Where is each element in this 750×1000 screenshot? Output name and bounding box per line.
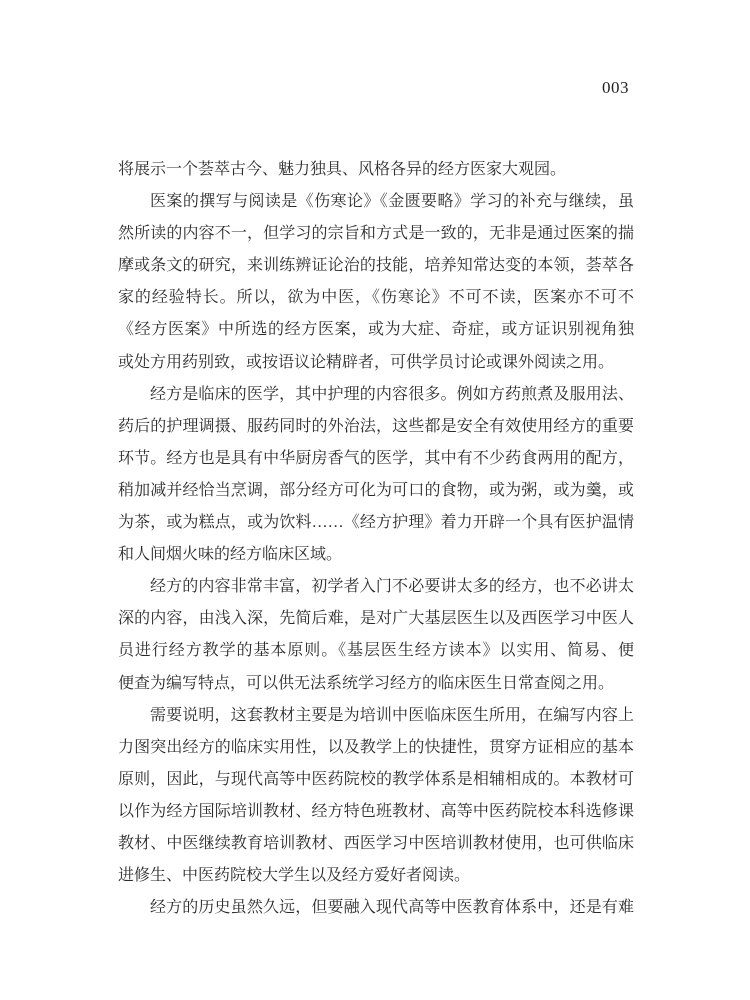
text-line: 原则，因此，与现代高等中医药院校的教学体系是相辅相成的。本教材可 [118,764,634,796]
text-line: 然所读的内容不一，但学习的宗旨和方式是一致的，无非是通过医案的揣 [118,218,634,250]
text-line: 员进行经方教学的基本原则。《基层医生经方读本》以实用、简易、便读、 [118,635,634,667]
text-line: 经方是临床的医学，其中护理的内容很多。例如方药煎煮及服用法、 [118,379,634,411]
text-line: 摩或条文的研究，来训练辨证论治的技能，培养知常达变的本领，荟萃各 [118,250,634,282]
text-line: 《经方医案》中所选的经方医案，或为大症、奇症，或方证识别视角独特， [118,314,634,346]
text-line: 需要说明，这套教材主要是为培训中医临床医生所用，在编写内容上 [118,700,634,732]
text-line: 进修生、中医药院校大学生以及经方爱好者阅读。 [118,860,634,892]
text-line: 教材、中医继续教育培训教材、西医学习中医培训教材使用，也可供临床 [118,828,634,860]
text-line: 家的经验特长。所以，欲为中医，《伤寒论》不可不读，医案亦不可不读。 [118,282,634,314]
text-line: 环节。经方也是具有中华厨房香气的医学，其中有不少药食两用的配方， [118,443,634,475]
page-number: 003 [602,78,629,98]
text-line: 将展示一个荟萃古今、魅力独具、风格各异的经方医家大观园。 [118,154,634,186]
text-line: 为茶，或为糕点，或为饮料……《经方护理》着力开辟一个具有医护温情 [118,507,634,539]
book-page: 003 将展示一个荟萃古今、魅力独具、风格各异的经方医家大观园。医案的撰写与阅读… [0,0,750,1000]
text-line: 力图突出经方的临床实用性，以及教学上的快捷性，贯穿方证相应的基本 [118,732,634,764]
text-line: 经方的内容非常丰富，初学者入门不必要讲太多的经方，也不必讲太 [118,571,634,603]
text-line: 或处方用药别致，或按语议论精辟者，可供学员讨论或课外阅读之用。 [118,347,634,379]
text-line: 经方的历史虽然久远，但要融入现代高等中医教育体系中，还是有难 [118,892,634,924]
text-line: 深的内容，由浅入深，先简后难，是对广大基层医生以及西医学习中医人 [118,603,634,635]
text-line: 稍加减并经恰当烹调，部分经方可化为可口的食物，或为粥，或为羹，或 [118,475,634,507]
page-text: 将展示一个荟萃古今、魅力独具、风格各异的经方医家大观园。医案的撰写与阅读是《伤寒… [118,154,634,924]
text-line: 和人间烟火味的经方临床区域。 [118,539,634,571]
text-line: 药后的护理调摄、服药同时的外治法，这些都是安全有效使用经方的重要 [118,411,634,443]
text-line: 便查为编写特点，可以供无法系统学习经方的临床医生日常查阅之用。 [118,668,634,700]
text-line: 医案的撰写与阅读是《伤寒论》《金匮要略》学习的补充与继续，虽 [118,186,634,218]
text-line: 以作为经方国际培训教材、经方特色班教材、高等中医药院校本科选修课 [118,796,634,828]
